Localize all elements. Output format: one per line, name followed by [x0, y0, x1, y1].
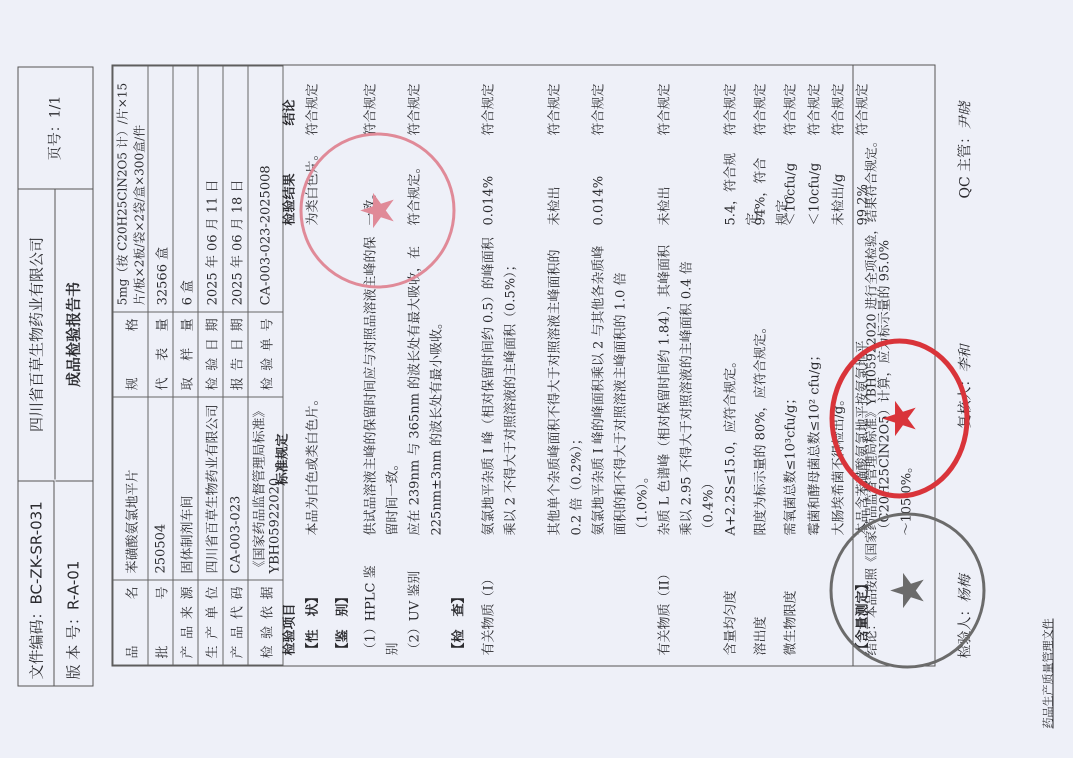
- info-row: 生产单位四川省百草生物药业有限公司检验日期2025 年 06 月 11 日: [198, 66, 223, 665]
- test-row: （2）UV 鉴别应在 239nm 与 365nm 的波长处有最大吸收，在 225…: [405, 66, 449, 666]
- reviewer-signature: 复核人：李和: [955, 345, 975, 429]
- info-row: 产品代码CA-003-023报告日期2025 年 06 月 18 日: [223, 66, 248, 665]
- info-value: 32566 盒: [148, 66, 173, 312]
- product-info-table: 品 名苯磺酸氨氯地平片规 格5mg（按 C20H25ClN2O5 计）/片×15…: [113, 66, 284, 666]
- test-standard: 霉菌和酵母菌总数≤10² cfu/g；: [805, 236, 827, 536]
- test-item: 【检 查】: [449, 556, 471, 656]
- test-conclusion: 符合规定: [479, 66, 501, 136]
- test-standard: 应在 239nm 与 365nm 的波长处有最大吸收，在 225nm±3nm 的…: [405, 236, 449, 536]
- scanned-page: 文件编码：BC-ZK-SR-031 版 本 号：R-A-01 四川省百草生物药业…: [0, 0, 1073, 758]
- column-headers: 检验项目 标准规定 检验结果 结论: [273, 66, 303, 666]
- test-item: 【性 状】: [303, 556, 325, 656]
- test-conclusion: 符合规定: [829, 66, 851, 136]
- test-item: 有关物质（II）: [655, 556, 677, 656]
- col-standard: 标准规定: [273, 186, 295, 486]
- test-standard: 限度为标示量的 80%，应符合规定。: [751, 236, 773, 536]
- test-result: 一致。: [361, 146, 383, 226]
- info-label: 检验日期: [198, 312, 223, 397]
- test-item: 溶出度: [751, 556, 773, 656]
- test-result: ＜10cfu/g: [781, 146, 803, 226]
- test-row: 【检 查】: [449, 66, 479, 666]
- info-value: 2025 年 06 月 11 日: [198, 66, 223, 312]
- info-label: 品 名: [113, 580, 148, 665]
- test-result: 为类白色片。: [303, 146, 325, 226]
- inspection-report: 文件编码：BC-ZK-SR-031 版 本 号：R-A-01 四川省百草生物药业…: [0, 1, 1073, 758]
- test-standard: 大肠埃希菌不得检出/g。: [829, 236, 851, 536]
- info-value: 5mg（按 C20H25ClN2O5 计）/片×15片/板×2板/袋×2袋/盒×…: [113, 66, 148, 312]
- info-value: 6 盒: [173, 66, 198, 312]
- test-item: （1）HPLC 鉴别: [361, 556, 405, 656]
- info-label: 生产单位: [198, 580, 223, 665]
- test-standard: 供试品溶液主峰的保留时间应与对照品溶液主峰的保留时间一致。: [361, 236, 405, 536]
- report-body: 品 名苯磺酸氨氯地平片规 格5mg（按 C20H25ClN2O5 计）/片×15…: [112, 65, 936, 667]
- test-row: 微生物限度需氧菌总数≤10³cfu/g；＜10cfu/g符合规定: [781, 66, 805, 666]
- test-row: （1）HPLC 鉴别供试品溶液主峰的保留时间应与对照品溶液主峰的保留时间一致。一…: [361, 66, 405, 666]
- company-name: 四川省百草生物药业有限公司: [19, 189, 56, 480]
- inspector-signature: 检验人：杨梅: [955, 575, 975, 659]
- info-label: 代表量: [148, 312, 173, 397]
- test-standard: 氨氯地平杂质 I 峰（相对保留时间约 0.5）的峰面积乘以 2 不得大于对照溶液…: [479, 236, 523, 536]
- info-value: 250504: [148, 397, 173, 580]
- info-value: CA-003-023: [223, 397, 248, 580]
- info-label: 报告日期: [223, 312, 248, 397]
- test-conclusion: 符合规定: [405, 66, 427, 136]
- info-label: 产品来源: [173, 580, 198, 665]
- info-value: 苯磺酸氨氯地平片: [113, 397, 148, 580]
- test-result: 未检出/g: [829, 146, 851, 226]
- report-title: 成品检验报告书: [56, 189, 93, 480]
- test-item: 微生物限度: [781, 556, 803, 656]
- document-code: 文件编码：BC-ZK-SR-031: [19, 481, 55, 686]
- test-result: 0.014%: [479, 146, 501, 226]
- test-conclusion: 符合规定: [361, 66, 383, 136]
- info-label: 批 号: [148, 580, 173, 665]
- test-standard: 本品为白色或类白色片。: [303, 236, 325, 536]
- info-value: 2025 年 06 月 18 日: [223, 66, 248, 312]
- test-result: 0.014%: [589, 146, 611, 226]
- test-conclusion: 符合规定: [721, 66, 743, 136]
- col-conclusion: 结论: [279, 56, 298, 126]
- test-row: 【性 状】本品为白色或类白色片。为类白色片。符合规定: [303, 66, 333, 666]
- info-label: 取样量: [173, 312, 198, 397]
- test-conclusion: 符合规定: [805, 66, 827, 136]
- info-label: 产品代码: [223, 580, 248, 665]
- version-number: 版 本 号：R-A-01: [56, 481, 93, 686]
- test-row: 氨氯地平杂质 I 峰的峰面积乘以 2 与其他各杂质峰面积的和不得大于对照溶液主峰…: [589, 66, 655, 666]
- col-item: 检验项目: [279, 556, 298, 656]
- test-row: 溶出度限度为标示量的 80%，应符合规定。94%，符合规定。符合规定: [751, 66, 781, 666]
- info-value: 固体制剂车间: [173, 397, 198, 580]
- test-result: 未检出: [545, 146, 567, 226]
- info-row: 批 号250504代表量32566 盒: [148, 66, 173, 665]
- qc-signature: QC 主管：尹晓: [955, 102, 975, 199]
- info-row: 产品来源固体制剂车间取样量6 盒: [173, 66, 198, 665]
- col-result: 检验结果: [279, 146, 298, 226]
- test-conclusion: 符合规定: [781, 66, 803, 136]
- footer-note: 药品生产质量管理文件: [1040, 619, 1056, 729]
- test-item: 含量均匀度: [721, 556, 743, 656]
- test-conclusion: 符合规定: [589, 66, 611, 136]
- info-value: 四川省百草生物药业有限公司: [198, 397, 223, 580]
- conclusion: 结论：本品按照《国家药品监督管理局标准》YBH05922020 进行全项检验，结…: [853, 66, 890, 666]
- test-result: 符合规定。: [405, 146, 427, 226]
- test-conclusion: 符合规定: [655, 66, 677, 136]
- info-label: 规 格: [113, 312, 148, 397]
- test-standard: 杂质 L 色谱峰（相对保留时间约 1.84），其峰面积乘以 2.95 不得大于对…: [655, 236, 721, 536]
- page-number: 页号：1/1: [19, 68, 93, 189]
- test-conclusion: 符合规定: [303, 66, 325, 136]
- test-item: 有关物质（I）: [479, 556, 501, 656]
- test-standard: 氨氯地平杂质 I 峰的峰面积乘以 2 与其他各杂质峰面积的和不得大于对照溶液主峰…: [589, 236, 655, 536]
- test-item: （2）UV 鉴别: [405, 556, 427, 656]
- test-standard: 需氧菌总数≤10³cfu/g；: [781, 236, 803, 536]
- test-result: 未检出: [655, 146, 677, 226]
- test-row: 大肠埃希菌不得检出/g。未检出/g符合规定: [829, 66, 853, 666]
- report-header: 文件编码：BC-ZK-SR-031 版 本 号：R-A-01 四川省百草生物药业…: [18, 67, 94, 687]
- test-conclusion: 符合规定: [545, 66, 567, 136]
- test-result: ＜10cfu/g: [805, 146, 827, 226]
- test-standard: 其他单个杂质峰面积不得大于对照溶液主峰面积的 0.2 倍（0.2%）；: [545, 236, 589, 536]
- test-row: 【鉴 别】: [333, 66, 361, 666]
- test-row: 含量均匀度A+2.2S≤15.0，应符合规定。5.4，符合规定。符合规定: [721, 66, 751, 666]
- test-standard: A+2.2S≤15.0，应符合规定。: [721, 236, 743, 536]
- test-row: 其他单个杂质峰面积不得大于对照溶液主峰面积的 0.2 倍（0.2%）；未检出符合…: [545, 66, 589, 666]
- info-row: 品 名苯磺酸氨氯地平片规 格5mg（按 C20H25ClN2O5 计）/片×15…: [113, 66, 148, 665]
- test-row: 有关物质（I）氨氯地平杂质 I 峰（相对保留时间约 0.5）的峰面积乘以 2 不…: [479, 66, 545, 666]
- test-item: 【鉴 别】: [333, 556, 355, 656]
- test-row: 霉菌和酵母菌总数≤10² cfu/g；＜10cfu/g符合规定: [805, 66, 829, 666]
- test-row: 有关物质（II）杂质 L 色谱峰（相对保留时间约 1.84），其峰面积乘以 2.…: [655, 66, 721, 666]
- test-conclusion: 符合规定: [751, 66, 773, 136]
